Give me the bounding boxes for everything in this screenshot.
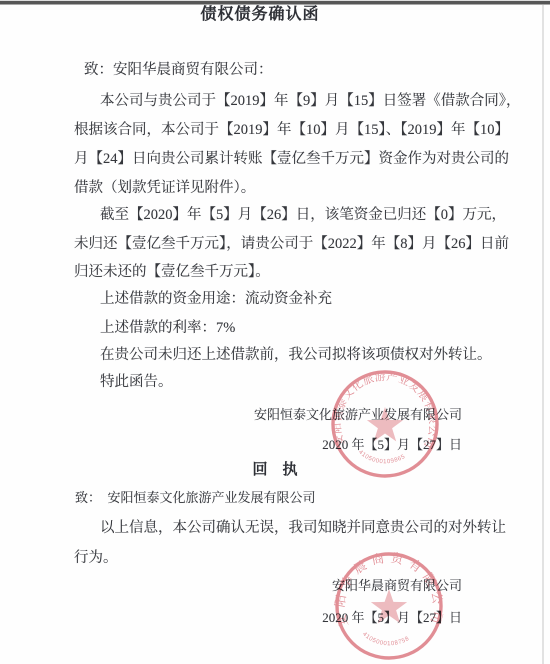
rate-line: 上述借款的利率：7% (100, 318, 235, 338)
para2-line3: 归还未还的【壹亿叁千万元】。 (74, 262, 270, 282)
svg-text:安阳华晨商贸有限公司: 安阳华晨商贸有限公司 (332, 549, 445, 630)
receipt-heading: 回 执 (0, 460, 550, 480)
para1-line1: 本公司与贵公司于【2019】年【9】月【15】日签署《借款合同》， (100, 91, 521, 111)
seal-star-icon (367, 407, 403, 441)
transfer-line: 在贵公司未归还上述借款前，我公司拟将该项债权对外转让。 (100, 345, 492, 365)
para1-line3: 月【24】日向贵公司累计转账【壹亿叁千万元】资金作为对贵公司的 (74, 149, 509, 169)
huachen-company-seal: 安阳华晨商贸有限公司 4105000108758 (331, 548, 447, 664)
seal-number-arc-text: 4105000109865 (357, 449, 407, 465)
hengtai-company-seal: 安阳恒泰文化旅游产业发展有限公司 4105000109865 (327, 366, 443, 482)
para2-line2: 未归还【壹亿叁千万元】，请贵公司于【2022】年【8】月【26】日前 (74, 234, 509, 254)
seal-star-icon (371, 589, 407, 623)
receipt-body-line1: 以上信息，本公司确认无误，我司知晓并同意贵公司的对外转让 (100, 518, 506, 538)
usage-line: 上述借款的资金用途：流动资金补充 (100, 289, 332, 309)
document-title: 债权债务确认函 (0, 5, 520, 25)
document-page: { "doc": { "title": "债权债务确认函", "letter":… (0, 0, 550, 664)
receipt-to-line: 致： 安阳恒泰文化旅游产业发展有限公司 (75, 488, 316, 508)
para1-line4: 借款（划款凭证详见附件）。 (74, 178, 255, 198)
closing-line: 特此函告。 (100, 372, 173, 392)
seal-company-arc-text: 安阳华晨商贸有限公司 (332, 549, 445, 630)
seal-number-arc-text: 4105000108758 (361, 631, 411, 647)
page-right-edge-line (542, 5, 544, 664)
svg-text:4105000109865: 4105000109865 (357, 449, 407, 465)
receipt-body-line2: 行为。 (74, 548, 118, 568)
para2-line1: 截至【2020】年【5】月【26】日，该笔资金已归还【0】万元， (100, 205, 506, 225)
letter-to-line: 致：安阳华晨商贸有限公司： (84, 60, 273, 80)
para1-line2: 根据该合同，本公司于【2019】年【10】月【15】、【2019】年【10】 (74, 120, 509, 140)
svg-text:4105000108758: 4105000108758 (361, 631, 411, 647)
